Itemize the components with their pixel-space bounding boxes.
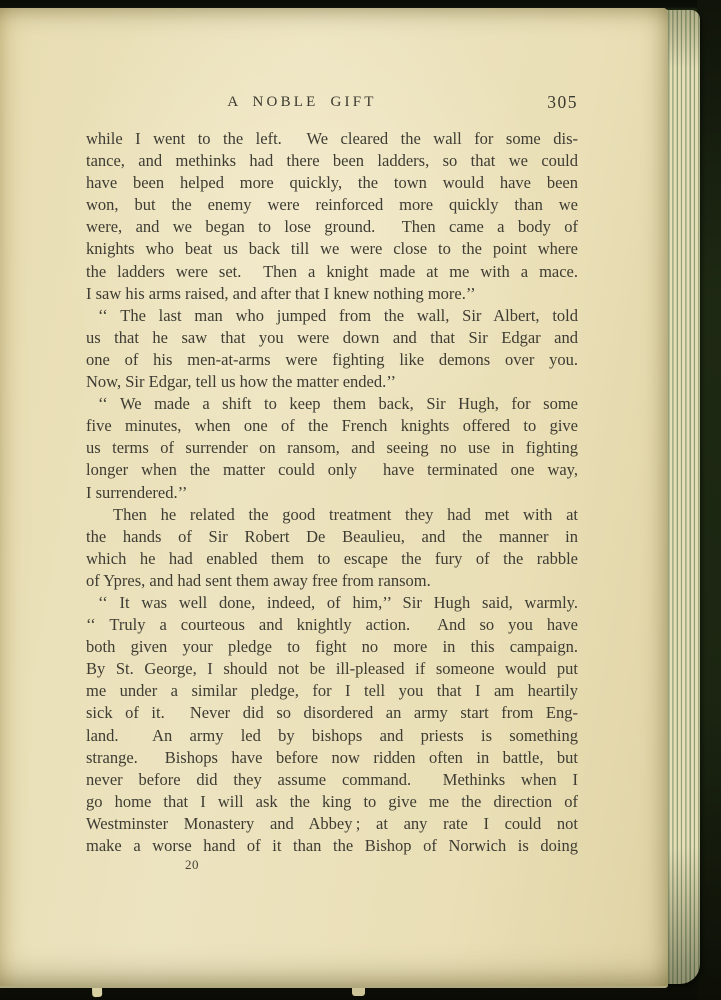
page-paper: A NOBLE GIFT 305 while I went to the lef… xyxy=(0,8,668,988)
text-line: one of his men-at-arms were fighting lik… xyxy=(86,349,578,371)
text-line: I surrendered.’’ xyxy=(86,482,578,504)
text-line: Westminster Monastery and Abbey ; at any… xyxy=(86,813,578,835)
text-line: ‘‘ The last man who jumped from the wall… xyxy=(86,305,578,327)
text-line: both given your pledge to fight no more … xyxy=(86,636,578,658)
text-line: won, but the enemy were reinforced more … xyxy=(86,194,578,216)
book-cover-background: A NOBLE GIFT 305 while I went to the lef… xyxy=(0,0,721,1000)
text-line: make a worse hand of it than the Bishop … xyxy=(86,835,578,857)
text-line: which he had enabled them to escape the … xyxy=(86,548,578,570)
text-line: were, and we began to lose ground. Then … xyxy=(86,216,578,238)
text-line: ‘‘ Truly a courteous and knightly action… xyxy=(86,614,578,636)
text-line: By St. George, I should not be ill-pleas… xyxy=(86,658,578,680)
text-line: land. An army led by bishops and priests… xyxy=(86,725,578,747)
running-title: A NOBLE GIFT xyxy=(86,94,518,111)
text-line: five minutes, when one of the French kni… xyxy=(86,415,578,437)
text-line: Then he related the good treatment they … xyxy=(86,504,578,526)
body-text: while I went to the left. We cleared the… xyxy=(86,128,578,857)
page-header: A NOBLE GIFT 305 xyxy=(86,94,578,116)
text-line: ‘‘ We made a shift to keep them back, Si… xyxy=(86,393,578,415)
text-line: the ladders were set. Then a knight made… xyxy=(86,261,578,283)
text-line: us terms of surrender on ransom, and see… xyxy=(86,437,578,459)
page-number: 305 xyxy=(547,92,578,113)
text-line: tance, and methinks had there been ladde… xyxy=(86,150,578,172)
text-line: the hands of Sir Robert De Beaulieu, and… xyxy=(86,526,578,548)
text-line: of Ypres, and had sent them away free fr… xyxy=(86,570,578,592)
page-edges-stack xyxy=(665,10,700,984)
text-line: go home that I will ask the king to give… xyxy=(86,791,578,813)
signature-mark: 20 xyxy=(185,857,199,873)
text-line: me under a similar pledge, for I tell yo… xyxy=(86,680,578,702)
text-line: us that he saw that you were down and th… xyxy=(86,327,578,349)
text-line: strange. Bishops have before now ridden … xyxy=(86,747,578,769)
text-line: Now, Sir Edgar, tell us how the matter e… xyxy=(86,371,578,393)
text-line: while I went to the left. We cleared the… xyxy=(86,128,578,150)
text-line: I saw his arms raised, and after that I … xyxy=(86,283,578,305)
text-line: never before did they assume command. Me… xyxy=(86,769,578,791)
text-line: knights who beat us back till we were cl… xyxy=(86,238,578,260)
text-line: sick of it. Never did so disordered an a… xyxy=(86,702,578,724)
text-line: ‘‘ It was well done, indeed, of him,’’ S… xyxy=(86,592,578,614)
text-line: longer when the matter could only have t… xyxy=(86,459,578,481)
text-line: have been helped more quickly, the town … xyxy=(86,172,578,194)
book-cover-right-edge xyxy=(697,0,721,1000)
